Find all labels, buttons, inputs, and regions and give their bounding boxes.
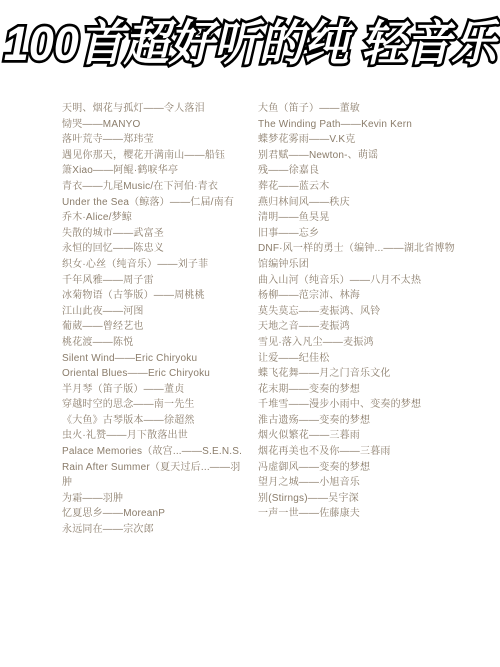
song-item: Oriental Blues——Eric Chiryoku (62, 366, 243, 382)
song-item: 残——徐嘉良 (258, 163, 456, 179)
song-item: 桃花渡——陈悦 (62, 335, 243, 351)
song-item: 半月琴（笛子版）——董贞 (62, 382, 243, 398)
song-list-right-column: 大鱼（笛子）——董敏The Winding Path——Kevin Kern蝶梦… (258, 101, 456, 522)
song-item: 冰菊物语（古筝版）——周桃桃 (62, 288, 243, 304)
song-item: 让爱——纪佳松 (258, 351, 456, 367)
song-item: 江山此夜——河图 (62, 304, 243, 320)
song-item: 《大鱼》古琴版本——徐超然 (62, 413, 243, 429)
song-item: 落叶荒寺——郑玮莹 (62, 132, 243, 148)
song-item: 清明——鱼昊晃 (258, 210, 456, 226)
song-item: 葡葳——曾经艺也 (62, 319, 243, 335)
song-item: 织女·心丝（纯音乐）——刘子菲 (62, 257, 243, 273)
song-item: 烟火似繁花——三暮雨 (258, 428, 456, 444)
song-item: 蝶梦花雾雨——V.K克 (258, 132, 456, 148)
song-item: Silent Wind——Eric Chiryoku (62, 351, 243, 367)
song-item: 雪见·落入凡尘——麦振鸿 (258, 335, 456, 351)
song-item: Palace Memories（故宫...——S.E.N.S. (62, 444, 243, 460)
song-item: 望月之城——小旭音乐 (258, 475, 456, 491)
song-item: 千年风雅——周子雷 (62, 273, 243, 289)
song-item: 恸哭——MANYO (62, 117, 243, 133)
song-item: 杨柳——范宗沛、林海 (258, 288, 456, 304)
song-item: 天地之音——麦振鸿 (258, 319, 456, 335)
song-item: 葬花——蓝云木 (258, 179, 456, 195)
song-item: DNF·风一样的勇士（编钟...——湖北省博物馆编钟乐团 (258, 241, 456, 272)
song-item: 莫失莫忘——麦振鸿、风铃 (258, 304, 456, 320)
song-item: 大鱼（笛子）——董敏 (258, 101, 456, 117)
song-item: 忆夏思乡——MoreanP (62, 506, 243, 522)
song-item: The Winding Path——Kevin Kern (258, 117, 456, 133)
song-item: 旧事——忘乡 (258, 226, 456, 242)
song-item: 别君赋——Newton-、萌谣 (258, 148, 456, 164)
song-item: 一声一世——佐藤康夫 (258, 506, 456, 522)
song-item: 穿越时空的思念——南一先生 (62, 397, 243, 413)
song-item: 冯虚御风——变奏的梦想 (258, 460, 456, 476)
playlist-poster: 100首超好听的纯 轻音乐 天明、烟花与孤灯——令人落泪恸哭——MANYO落叶荒… (0, 0, 500, 667)
song-item: 遇见你那天，樱花开满南山——船钰 (62, 148, 243, 164)
song-item: 烟花再美也不及你——三暮雨 (258, 444, 456, 460)
song-item: 永恒的回忆——陈忠义 (62, 241, 243, 257)
song-item: 曲入山河（纯音乐）——八月不太热 (258, 273, 456, 289)
song-item: Rain After Summer（夏天过后...——羽肿 (62, 460, 243, 491)
song-item: 箫Xiao——阿鲲·鹤唳华亭 (62, 163, 243, 179)
song-item: 虫火·礼赞——月下散落出世 (62, 428, 243, 444)
song-item: 别(Stirngs)——吴宇深 (258, 491, 456, 507)
song-item: 天明、烟花与孤灯——令人落泪 (62, 101, 243, 117)
song-item: Under the Sea（鲸落）——仁届/南有乔木·Alice/梦鲸 (62, 195, 243, 226)
song-list-left-column: 天明、烟花与孤灯——令人落泪恸哭——MANYO落叶荒寺——郑玮莹遇见你那天，樱花… (62, 101, 243, 538)
song-item: 千堆雪——漫步小雨中、变奏的梦想 (258, 397, 456, 413)
song-item: 花末期——变奏的梦想 (258, 382, 456, 398)
song-item: 为霜——羽肿 (62, 491, 243, 507)
song-item: 淮古遗殇——变奏的梦想 (258, 413, 456, 429)
song-item: 失散的城市——武富圣 (62, 226, 243, 242)
song-item: 青衣——九尾Music/在下河伯·青衣 (62, 179, 243, 195)
song-item: 蝶飞花舞——月之门音乐文化 (258, 366, 456, 382)
song-item: 永远同在——宗次郎 (62, 522, 243, 538)
page-title: 100首超好听的纯 轻音乐 (0, 4, 500, 74)
song-item: 燕归林间风——秩庆 (258, 195, 456, 211)
